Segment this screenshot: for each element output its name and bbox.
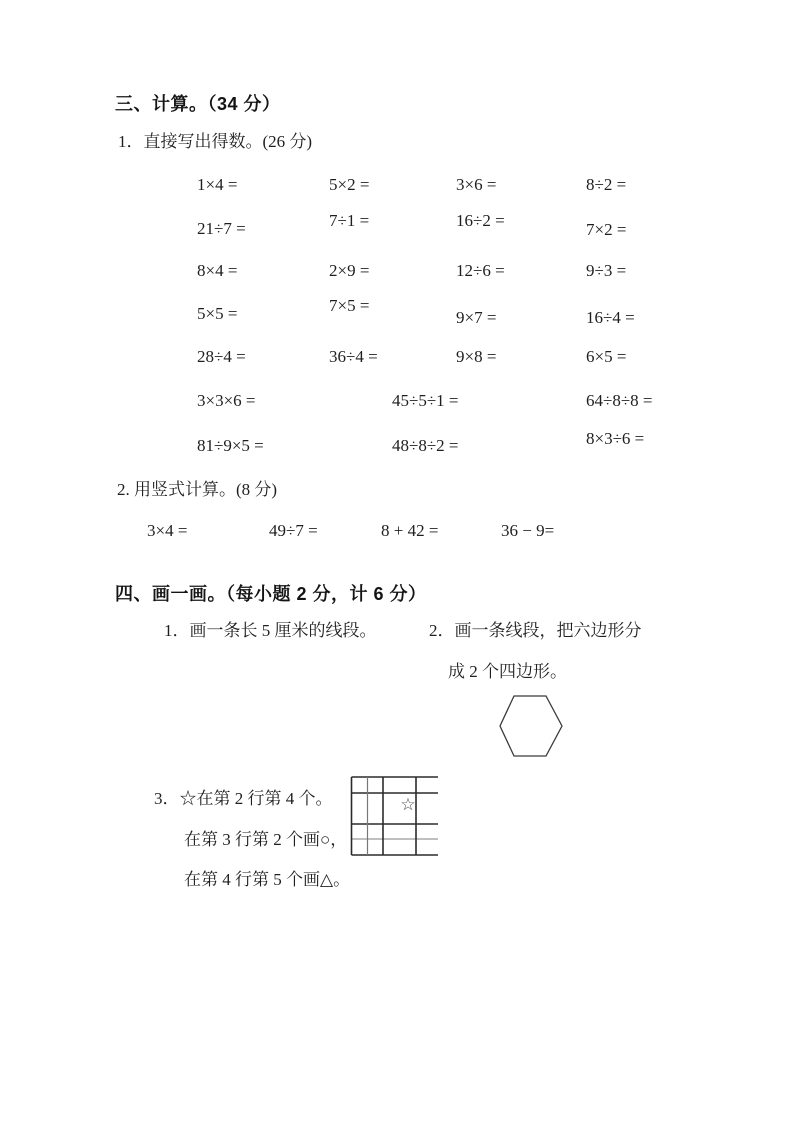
calc-problem: 16÷2 = bbox=[456, 211, 505, 231]
draw-item-3-line3: 在第 4 行第 5 个画△。 bbox=[184, 869, 350, 890]
calc-problem: 64÷8÷8 = bbox=[586, 391, 653, 411]
calc-problem: 5×5 = bbox=[197, 304, 237, 324]
vertical-calc-problem: 8 + 42 = bbox=[381, 521, 438, 541]
calc-problem: 1×4 = bbox=[197, 175, 237, 195]
calc-problem: 36÷4 = bbox=[329, 347, 378, 367]
calc-problem: 81÷9×5 = bbox=[197, 436, 264, 456]
calc-problem: 48÷8÷2 = bbox=[392, 436, 459, 456]
calc-problem: 3×3×6 = bbox=[197, 391, 256, 411]
oral-calc-label: 1．直接写出得数。(26 分) bbox=[118, 131, 312, 152]
calc-problem: 28÷4 = bbox=[197, 347, 246, 367]
draw-item-2-line1: 2．画一条线段，把六边形分 bbox=[429, 620, 642, 641]
calc-problem: 3×6 = bbox=[456, 175, 496, 195]
draw-item-1: 1．画一条长 5 厘米的线段。 bbox=[164, 620, 377, 641]
calc-problem: 9÷3 = bbox=[586, 261, 626, 281]
calc-problem: 8×4 = bbox=[197, 261, 237, 281]
calc-problem: 12÷6 = bbox=[456, 261, 505, 281]
calc-problem: 5×2 = bbox=[329, 175, 369, 195]
calc-problem: 2×9 = bbox=[329, 261, 369, 281]
calc-problem: 7×2 = bbox=[586, 220, 626, 240]
draw-item-3-line2: 在第 3 行第 2 个画○， bbox=[184, 829, 347, 850]
calc-problem: 8÷2 = bbox=[586, 175, 626, 195]
calc-problem: 7÷1 = bbox=[329, 211, 369, 231]
position-grid: ☆ bbox=[350, 775, 442, 859]
hexagon-shape bbox=[498, 694, 564, 758]
calc-problem: 8×3÷6 = bbox=[586, 429, 644, 449]
worksheet-page: 三、计算。（34 分） 1．直接写出得数。(26 分) 1×4 = 5×2 = … bbox=[0, 0, 793, 1122]
calc-problem: 9×8 = bbox=[456, 347, 496, 367]
calc-problem: 21÷7 = bbox=[197, 219, 246, 239]
section3-heading: 三、计算。（34 分） bbox=[115, 93, 281, 116]
draw-item-2-line2: 成 2 个四边形。 bbox=[448, 661, 567, 682]
vertical-calc-problem: 36 − 9= bbox=[501, 521, 554, 541]
calc-problem: 45÷5÷1 = bbox=[392, 391, 459, 411]
calc-problem: 6×5 = bbox=[586, 347, 626, 367]
draw-item-3-line1: 3．☆在第 2 行第 4 个。 bbox=[154, 788, 333, 809]
calc-problem: 7×5 = bbox=[329, 296, 369, 316]
star-glyph: ☆ bbox=[400, 795, 415, 815]
section4-heading: 四、画一画。（每小题 2 分，计 6 分） bbox=[115, 583, 427, 606]
calc-problem: 16÷4 = bbox=[586, 308, 635, 328]
vertical-calc-label: 2. 用竖式计算。(8 分) bbox=[117, 479, 277, 500]
vertical-calc-problem: 49÷7 = bbox=[269, 521, 318, 541]
calc-problem: 9×7 = bbox=[456, 308, 496, 328]
vertical-calc-problem: 3×4 = bbox=[147, 521, 187, 541]
